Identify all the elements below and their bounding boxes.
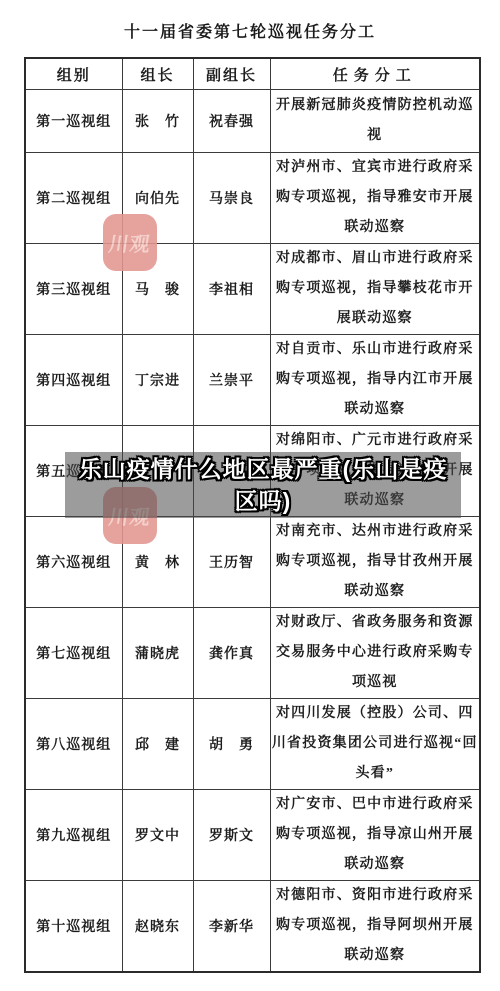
- table-row: 第七巡视组 蒲晓虎 龚作真 对财政厅、省政务服务和资源交易服务中心进行政府采购专…: [25, 608, 480, 699]
- cell-group: 第九巡视组: [25, 790, 122, 881]
- table-row: 第六巡视组 黄 林 王历智 对南充市、达州市进行政府采购专项巡视，指导甘孜州开展…: [25, 517, 480, 608]
- table-row: 第二巡视组 向伯先 马崇良 对泸州市、宜宾市进行政府采购专项巡视，指导雅安市开展…: [25, 153, 480, 244]
- cell-group: 第七巡视组: [25, 608, 122, 699]
- article-title: 十一届省委第七轮巡视任务分工: [0, 19, 500, 42]
- cell-task: 对广安市、巴中市进行政府采购专项巡视，指导凉山州开展联动巡察: [270, 790, 480, 881]
- cell-task: 对德阳市、资阳市进行政府采购专项巡视，指导阿坝州开展联动巡察: [270, 881, 480, 973]
- table-row: 第一巡视组 张 竹 祝春强 开展新冠肺炎疫情防控机动巡视: [25, 90, 480, 153]
- cell-group: 第四巡视组: [25, 335, 122, 426]
- cell-group: 第一巡视组: [25, 90, 122, 153]
- table-row: 第三巡视组 马 骏 李祖相 对成都市、眉山市进行政府采购专项巡视，指导攀枝花市开…: [25, 244, 480, 335]
- caption-overlay: 乐山疫情什么地区最严重(乐山是疫 区吗): [65, 452, 461, 518]
- header-cell-task: 任务分工: [270, 58, 480, 90]
- table-row: 第九巡视组 罗文中 罗斯文 对广安市、巴中市进行政府采购专项巡视，指导凉山州开展…: [25, 790, 480, 881]
- cell-deputy: 龚作真: [193, 608, 270, 699]
- watermark-logo-text: 川观: [107, 228, 153, 257]
- cell-deputy: 罗斯文: [193, 790, 270, 881]
- page: 十一届省委第七轮巡视任务分工 组别 组长 副组长 任务分工 第一巡视组 张 竹 …: [0, 0, 500, 991]
- cell-deputy: 李祖相: [193, 244, 270, 335]
- cell-group: 第八巡视组: [25, 699, 122, 790]
- header-cell-leader: 组长: [122, 58, 193, 90]
- cell-leader: 蒲晓虎: [122, 608, 193, 699]
- cell-task: 对泸州市、宜宾市进行政府采购专项巡视，指导雅安市开展联动巡察: [270, 153, 480, 244]
- cell-deputy: 王历智: [193, 517, 270, 608]
- cell-task: 对南充市、达州市进行政府采购专项巡视，指导甘孜州开展联动巡察: [270, 517, 480, 608]
- cell-leader: 邱 建: [122, 699, 193, 790]
- cell-task: 对成都市、眉山市进行政府采购专项巡视，指导攀枝花市开展联动巡察: [270, 244, 480, 335]
- cell-leader: 罗文中: [122, 790, 193, 881]
- cell-leader: 丁宗进: [122, 335, 193, 426]
- cell-group: 第十巡视组: [25, 881, 122, 973]
- cell-leader: 张 竹: [122, 90, 193, 153]
- table-row: 第十巡视组 赵晓东 李新华 对德阳市、资阳市进行政府采购专项巡视，指导阿坝州开展…: [25, 881, 480, 973]
- cell-task: 对财政厅、省政务服务和资源交易服务中心进行政府采购专项巡视: [270, 608, 480, 699]
- cell-task: 对自贡市、乐山市进行政府采购专项巡视，指导内江市开展联动巡察: [270, 335, 480, 426]
- cell-deputy: 祝春强: [193, 90, 270, 153]
- cell-task: 对四川发展（控股）公司、四川省投资集团公司进行巡视“回头看”: [270, 699, 480, 790]
- caption-line-1: 乐山疫情什么地区最严重(乐山是疫: [79, 453, 448, 485]
- cell-task: 开展新冠肺炎疫情防控机动巡视: [270, 90, 480, 153]
- table-header-row: 组别 组长 副组长 任务分工: [25, 58, 480, 90]
- watermark-badge: 川观: [103, 214, 157, 271]
- cell-deputy: 胡 勇: [193, 699, 270, 790]
- table-row: 第四巡视组 丁宗进 兰崇平 对自贡市、乐山市进行政府采购专项巡视，指导内江市开展…: [25, 335, 480, 426]
- cell-deputy: 马崇良: [193, 153, 270, 244]
- cell-leader: 赵晓东: [122, 881, 193, 973]
- table-row: 第八巡视组 邱 建 胡 勇 对四川发展（控股）公司、四川省投资集团公司进行巡视“…: [25, 699, 480, 790]
- header-cell-group: 组别: [25, 58, 122, 90]
- cell-deputy: 李新华: [193, 881, 270, 973]
- caption-line-2: 区吗): [235, 485, 292, 517]
- header-cell-deputy: 副组长: [193, 58, 270, 90]
- cell-deputy: 兰崇平: [193, 335, 270, 426]
